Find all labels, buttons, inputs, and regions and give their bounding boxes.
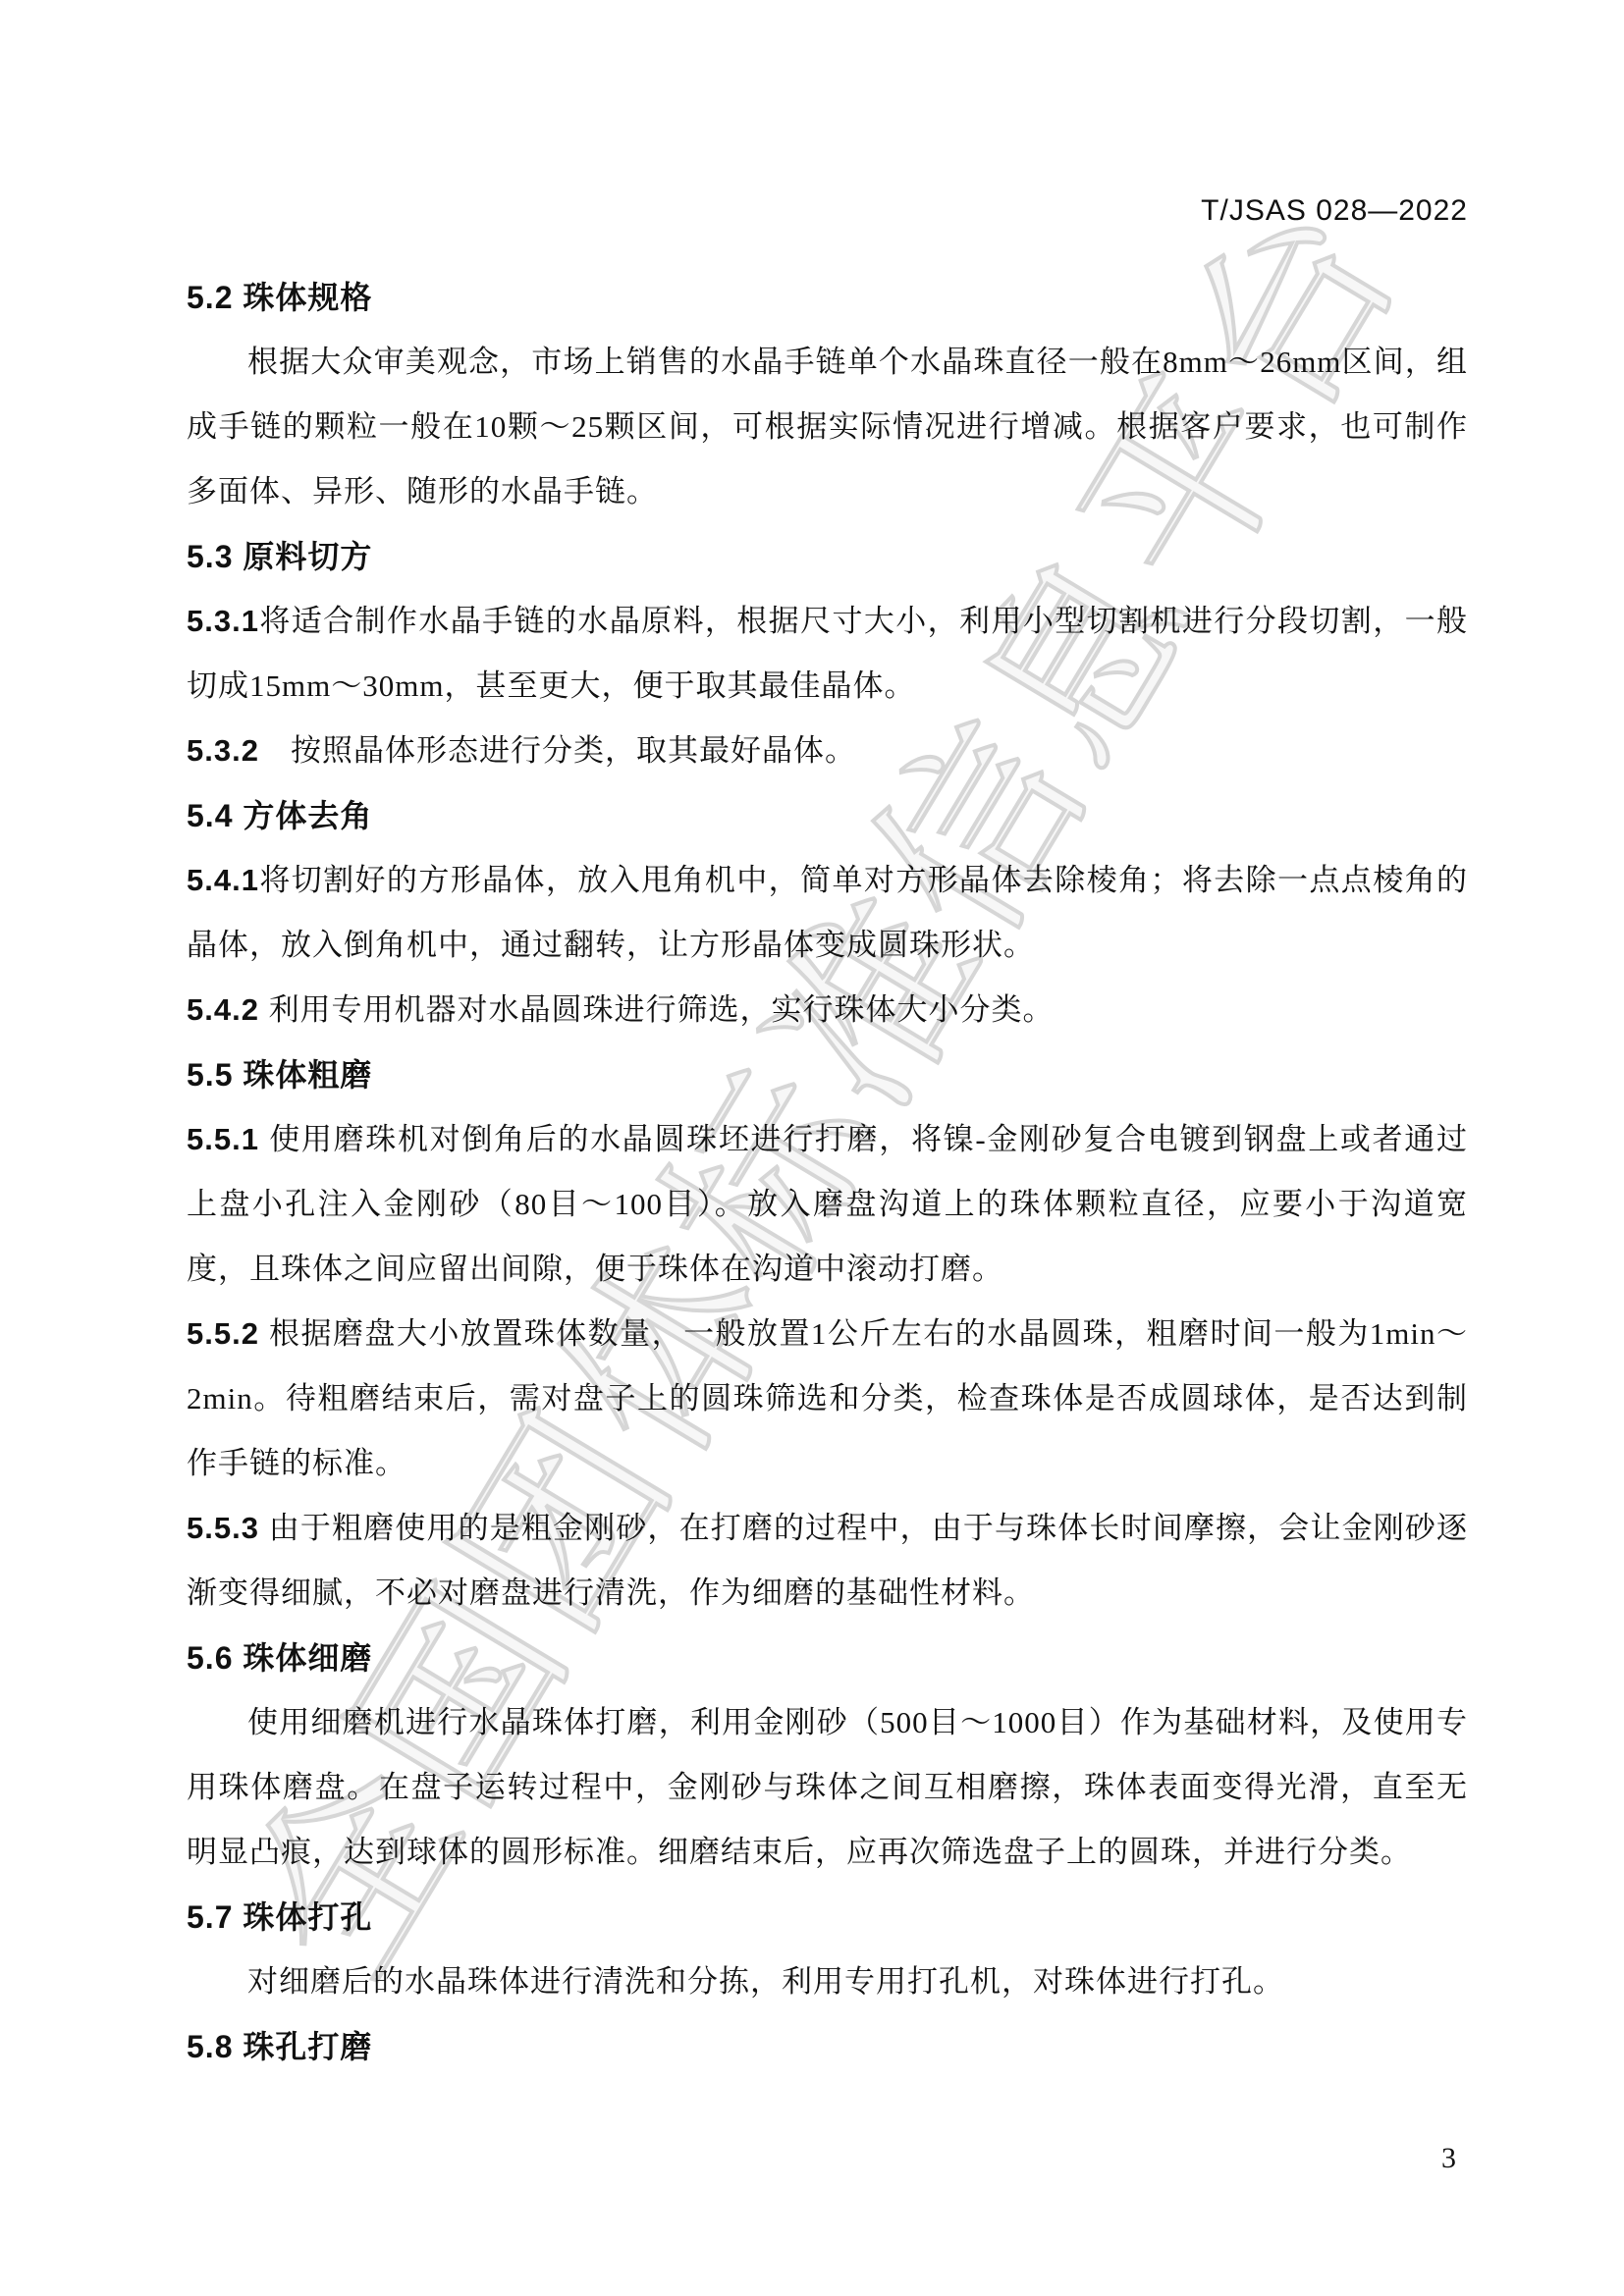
document-page: 全国团体标准信息平台 T/JSAS 028—2022 5.2 珠体规格根据大众审… xyxy=(0,0,1624,2296)
clause-paragraph: 5.3.2 按照晶体形态进行分类，取其最好晶体。 xyxy=(187,719,1468,783)
page-number: 3 xyxy=(1441,2142,1456,2175)
section-heading: 5.8 珠孔打磨 xyxy=(187,2014,1468,2079)
clause-number: 5.5.3 xyxy=(187,1511,269,1545)
paragraph: 根据大众审美观念，市场上销售的水晶手链单个水晶珠直径一般在8mm～26mm区间，… xyxy=(187,330,1468,524)
section-heading: 5.6 珠体细磨 xyxy=(187,1626,1468,1690)
clause-number: 5.3.1 xyxy=(187,604,259,638)
section-heading: 5.2 珠体规格 xyxy=(187,265,1468,330)
clause-paragraph: 5.5.1 使用磨珠机对倒角后的水晶圆珠坯进行打磨，将镍-金刚砂复合电镀到钢盘上… xyxy=(187,1107,1468,1302)
clause-number: 5.3.2 xyxy=(187,733,291,768)
document-body: 5.2 珠体规格根据大众审美观念，市场上销售的水晶手链单个水晶珠直径一般在8mm… xyxy=(187,265,1468,2079)
doc-code: T/JSAS 028—2022 xyxy=(187,194,1468,228)
clause-number: 5.5.2 xyxy=(187,1316,269,1351)
clause-paragraph: 5.3.1将适合制作水晶手链的水晶原料，根据尺寸大小，利用小型切割机进行分段切割… xyxy=(187,589,1468,719)
paragraph: 使用细磨机进行水晶珠体打磨，利用金刚砂（500目～1000目）作为基础材料，及使… xyxy=(187,1690,1468,1885)
clause-number: 5.4.2 xyxy=(187,992,269,1027)
clause-paragraph: 5.4.2 利用专用机器对水晶圆珠进行筛选，实行珠体大小分类。 xyxy=(187,978,1468,1042)
section-heading: 5.5 珠体粗磨 xyxy=(187,1042,1468,1107)
clause-paragraph: 5.5.2 根据磨盘大小放置珠体数量，一般放置1公斤左右的水晶圆珠，粗磨时间一般… xyxy=(187,1302,1468,1496)
section-heading: 5.7 珠体打孔 xyxy=(187,1885,1468,1949)
paragraph: 对细磨后的水晶珠体进行清洗和分拣，利用专用打孔机，对珠体进行打孔。 xyxy=(187,1949,1468,2014)
section-heading: 5.4 方体去角 xyxy=(187,783,1468,848)
clause-paragraph: 5.4.1将切割好的方形晶体，放入甩角机中，简单对方形晶体去除棱角；将去除一点点… xyxy=(187,848,1468,978)
clause-number: 5.4.1 xyxy=(187,863,259,897)
clause-paragraph: 5.5.3 由于粗磨使用的是粗金刚砂，在打磨的过程中，由于与珠体长时间摩擦，会让… xyxy=(187,1496,1468,1626)
section-heading: 5.3 原料切方 xyxy=(187,524,1468,589)
clause-number: 5.5.1 xyxy=(187,1122,269,1156)
